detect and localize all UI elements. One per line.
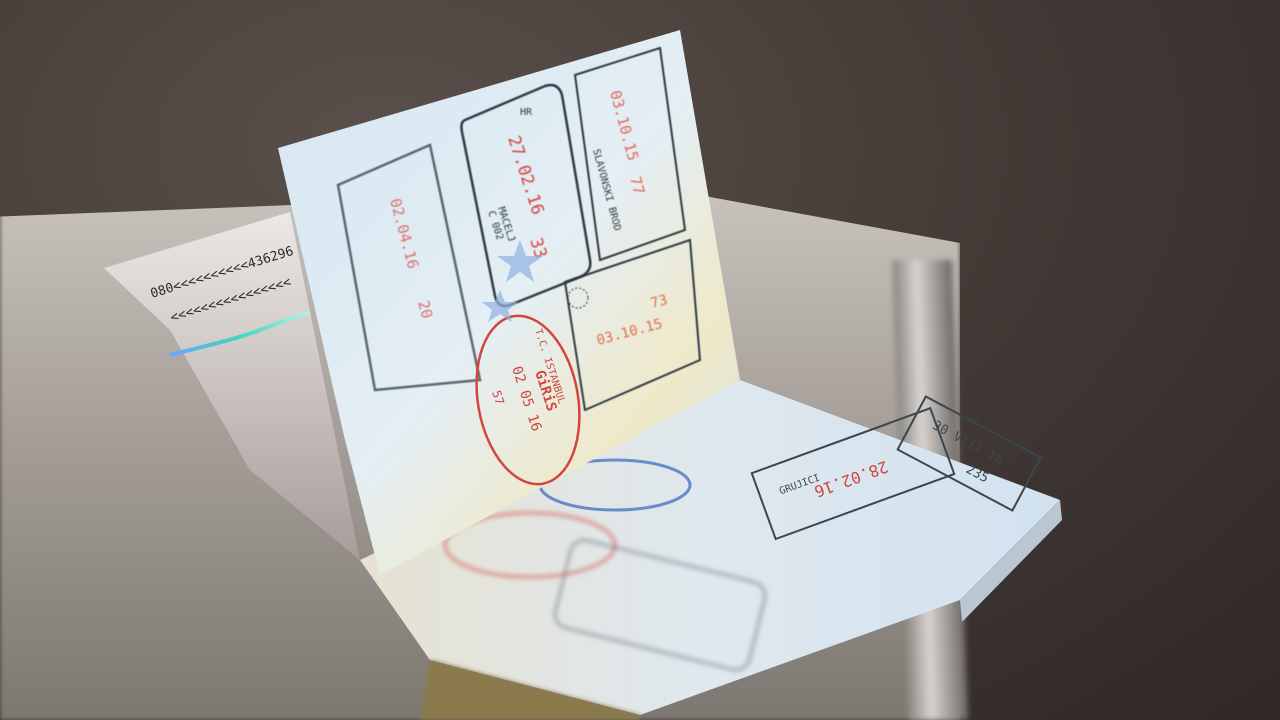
passport-photo: 080<<<<<<<<<<436296 <<<<<<<<<<<<<<<< 28.…: [0, 0, 1280, 720]
passport-illustration: 080<<<<<<<<<<436296 <<<<<<<<<<<<<<<< 28.…: [0, 0, 1280, 720]
svg-text:HR: HR: [520, 107, 533, 118]
